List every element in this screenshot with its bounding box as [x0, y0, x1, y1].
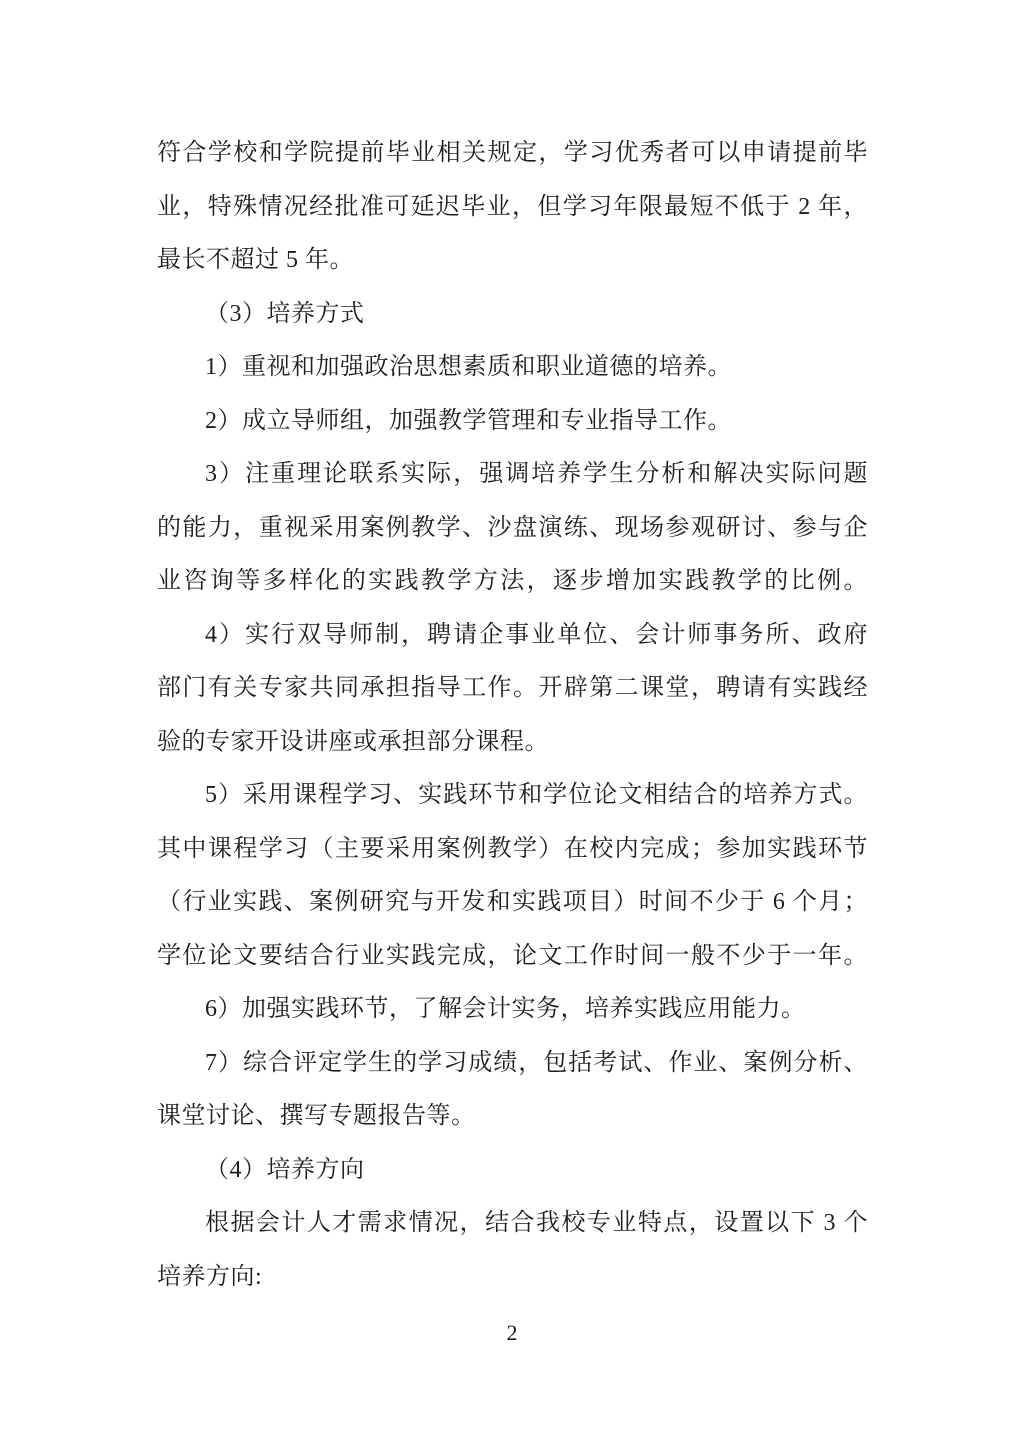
text-line: 验的专家开设讲座或承担部分课程。 [157, 716, 868, 770]
paragraph-heading: （3）培养方式 [157, 288, 868, 342]
text-line: 课堂讨论、撰写专题报告等。 [157, 1090, 868, 1144]
text-line: 5）采用课程学习、实践环节和学位论文相结合的培养方式。 [157, 769, 868, 823]
text-line: 业咨询等多样化的实践教学方法，逐步增加实践教学的比例。 [157, 555, 868, 609]
text-line: 4）实行双导师制，聘请企事业单位、会计师事务所、政府 [157, 609, 868, 663]
document-body: 符合学校和学院提前毕业相关规定，学习优秀者可以申请提前毕 业，特殊情况经批准可延… [157, 127, 868, 1304]
paragraph-list-item: 3）注重理论联系实际，强调培养学生分析和解决实际问题 的能力，重视采用案例教学、… [157, 448, 868, 609]
text-line: 6）加强实践环节，了解会计实务，培养实践应用能力。 [157, 983, 868, 1037]
text-line: 培养方向: [157, 1251, 868, 1305]
text-line: 符合学校和学院提前毕业相关规定，学习优秀者可以申请提前毕 [157, 127, 868, 181]
page-number: 2 [0, 1318, 1024, 1348]
text-line: 学位论文要结合行业实践完成，论文工作时间一般不少于一年。 [157, 930, 868, 984]
paragraph-list-item: 1）重视和加强政治思想素质和职业道德的培养。 [157, 341, 868, 395]
text-line: （3）培养方式 [157, 288, 868, 342]
paragraph-list-item: 2）成立导师组，加强教学管理和专业指导工作。 [157, 395, 868, 449]
text-line: 部门有关专家共同承担指导工作。开辟第二课堂，聘请有实践经 [157, 662, 868, 716]
paragraph-list-item: 6）加强实践环节，了解会计实务，培养实践应用能力。 [157, 983, 868, 1037]
text-line: 的能力，重视采用案例教学、沙盘演练、现场参观研讨、参与企 [157, 502, 868, 556]
text-line: 1）重视和加强政治思想素质和职业道德的培养。 [157, 341, 868, 395]
paragraph-list-item: 4）实行双导师制，聘请企事业单位、会计师事务所、政府 部门有关专家共同承担指导工… [157, 609, 868, 770]
paragraph-list-item: 7）综合评定学生的学习成绩，包括考试、作业、案例分析、 课堂讨论、撰写专题报告等… [157, 1037, 868, 1144]
paragraph: 根据会计人才需求情况，结合我校专业特点，设置以下 3 个 培养方向: [157, 1197, 868, 1304]
text-line: 最长不超过 5 年。 [157, 234, 868, 288]
paragraph-heading: （4）培养方向 [157, 1144, 868, 1198]
text-line: （4）培养方向 [157, 1144, 868, 1198]
text-line: 根据会计人才需求情况，结合我校专业特点，设置以下 3 个 [157, 1197, 868, 1251]
text-line: 3）注重理论联系实际，强调培养学生分析和解决实际问题 [157, 448, 868, 502]
paragraph: 符合学校和学院提前毕业相关规定，学习优秀者可以申请提前毕 业，特殊情况经批准可延… [157, 127, 868, 288]
document-page: 符合学校和学院提前毕业相关规定，学习优秀者可以申请提前毕 业，特殊情况经批准可延… [0, 0, 1024, 1448]
text-line: 7）综合评定学生的学习成绩，包括考试、作业、案例分析、 [157, 1037, 868, 1091]
text-line: 业，特殊情况经批准可延迟毕业，但学习年限最短不低于 2 年， [157, 181, 868, 235]
text-line: （行业实践、案例研究与开发和实践项目）时间不少于 6 个月； [157, 876, 868, 930]
paragraph-list-item: 5）采用课程学习、实践环节和学位论文相结合的培养方式。 其中课程学习（主要采用案… [157, 769, 868, 983]
text-line: 其中课程学习（主要采用案例教学）在校内完成；参加实践环节 [157, 823, 868, 877]
text-line: 2）成立导师组，加强教学管理和专业指导工作。 [157, 395, 868, 449]
